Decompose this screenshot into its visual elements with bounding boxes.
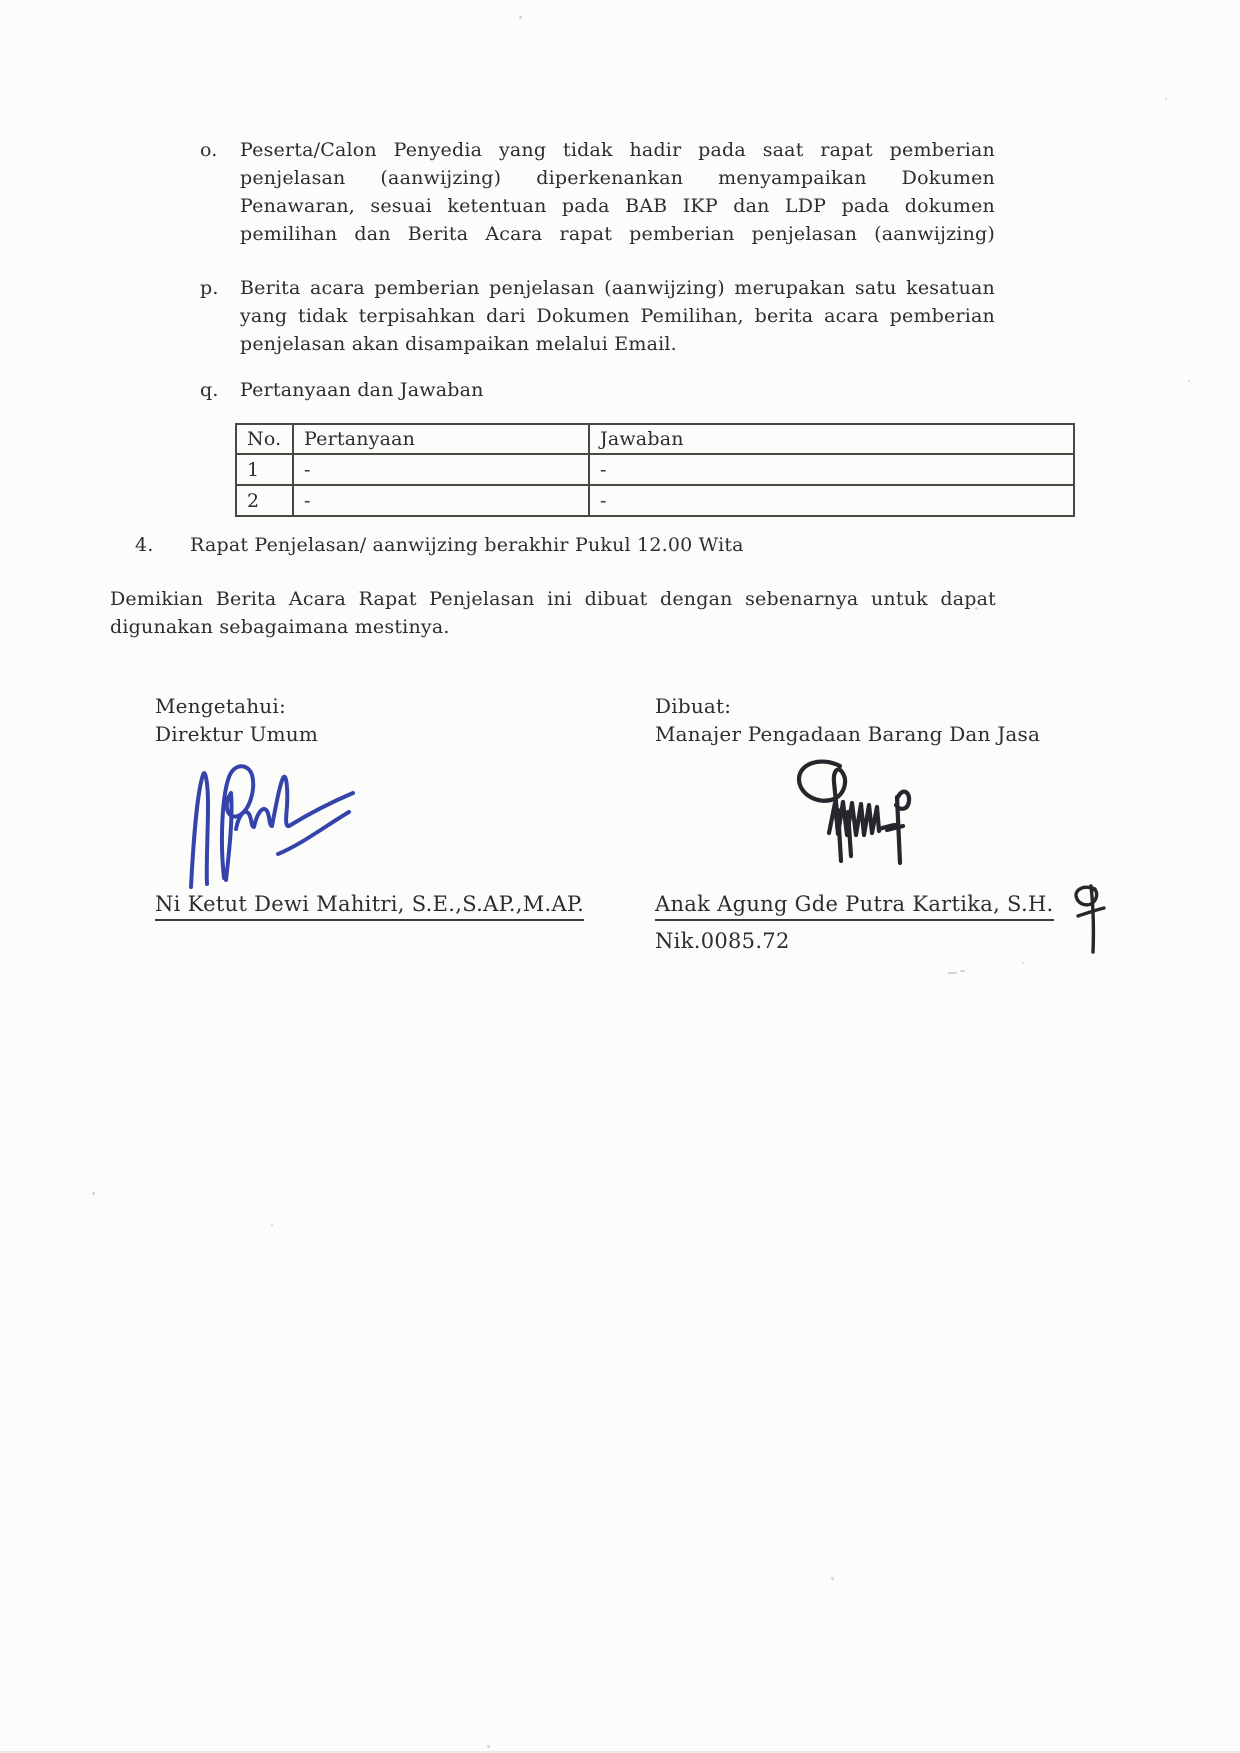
table-cell: - <box>589 485 1074 516</box>
paraph-initials-ink <box>1068 882 1114 962</box>
scan-speck <box>271 1224 273 1226</box>
list-item-o: o. Peserta/Calon Penyedia yang tidak had… <box>200 136 995 248</box>
scan-speck <box>831 1577 834 1580</box>
scanned-document-page: o. Peserta/Calon Penyedia yang tidak had… <box>0 0 1240 1753</box>
text-line: Berita acara pemberian penjelasan (aanwi… <box>240 274 995 302</box>
table-header-jawaban: Jawaban <box>589 424 1074 454</box>
text-line: Demikian Berita Acara Rapat Penjelasan i… <box>110 585 996 613</box>
list-item-q: q. Pertanyaan dan Jawaban <box>200 376 995 404</box>
scan-speck <box>487 1745 490 1748</box>
scan-speck <box>1165 98 1167 100</box>
left-signatory-name: Ni Ketut Dewi Mahitri, S.E.,S.AP.,M.AP. <box>155 891 584 921</box>
table-cell: 2 <box>236 485 293 516</box>
closing-paragraph: Demikian Berita Acara Rapat Penjelasan i… <box>110 585 996 641</box>
right-signatory-name-block: Anak Agung Gde Putra Kartika, S.H. Nik.0… <box>655 891 1054 954</box>
text-line: digunakan sebagaimana mestinya. <box>110 613 996 641</box>
list-item-q-text: Pertanyaan dan Jawaban <box>240 376 995 404</box>
text-line: penjelasan (aanwijzing) diperkenankan me… <box>240 164 995 192</box>
text-line: penjelasan akan disampaikan melalui Emai… <box>240 330 995 358</box>
scan-speck <box>975 607 978 610</box>
list-item-p-marker: p. <box>200 274 240 358</box>
table-header-no: No. <box>236 424 293 454</box>
qa-table-header-row: No. Pertanyaan Jawaban <box>236 424 1074 454</box>
list-item-4-marker: 4. <box>135 531 190 559</box>
scan-speck <box>1188 380 1190 382</box>
table-cell: - <box>589 454 1074 485</box>
table-cell: - <box>293 454 589 485</box>
scan-speck <box>948 972 957 974</box>
list-item-q-marker: q. <box>200 376 240 404</box>
scan-speck <box>1022 962 1024 964</box>
list-item-o-text: Peserta/Calon Penyedia yang tidak hadir … <box>240 136 995 248</box>
list-item-p: p. Berita acara pemberian penjelasan (aa… <box>200 274 995 358</box>
list-item-4-text: Rapat Penjelasan/ aanwijzing berakhir Pu… <box>190 531 1010 559</box>
text-line: Peserta/Calon Penyedia yang tidak hadir … <box>240 136 995 164</box>
list-item-p-text: Berita acara pemberian penjelasan (aanwi… <box>240 274 995 358</box>
text-line: pemilihan dan Berita Acara rapat pemberi… <box>240 220 995 248</box>
text-line: Penawaran, sesuai ketentuan pada BAB IKP… <box>240 192 995 220</box>
signature-right-ink <box>788 752 923 884</box>
qa-table-row-1: 1 - - <box>236 454 1074 485</box>
list-item-4: 4. Rapat Penjelasan/ aanwijzing berakhir… <box>135 531 1035 559</box>
signature-block-right-heading: Dibuat: Manajer Pengadaan Barang Dan Jas… <box>655 692 1040 748</box>
right-role-label: Manajer Pengadaan Barang Dan Jasa <box>655 720 1040 748</box>
dibuat-label: Dibuat: <box>655 692 1040 720</box>
right-signatory-name: Anak Agung Gde Putra Kartika, S.H. <box>655 891 1054 921</box>
left-signatory-name-block: Ni Ketut Dewi Mahitri, S.E.,S.AP.,M.AP. <box>155 891 584 921</box>
mengetahui-label: Mengetahui: <box>155 692 318 720</box>
scan-speck <box>960 970 965 972</box>
right-signatory-nik: Nik.0085.72 <box>655 928 1054 954</box>
table-header-pertanyaan: Pertanyaan <box>293 424 589 454</box>
list-item-o-marker: o. <box>200 136 240 248</box>
qa-table: No. Pertanyaan Jawaban 1 - - 2 - - <box>235 423 1075 517</box>
signature-block-left-heading: Mengetahui: Direktur Umum <box>155 692 318 748</box>
table-cell: 1 <box>236 454 293 485</box>
scan-speck <box>519 16 522 19</box>
qa-table-row-2: 2 - - <box>236 485 1074 516</box>
scan-speck <box>92 1192 95 1195</box>
text-line: yang tidak terpisahkan dari Dokumen Pemi… <box>240 302 995 330</box>
table-cell: - <box>293 485 589 516</box>
signature-left-ink <box>150 756 380 898</box>
left-role-label: Direktur Umum <box>155 720 318 748</box>
